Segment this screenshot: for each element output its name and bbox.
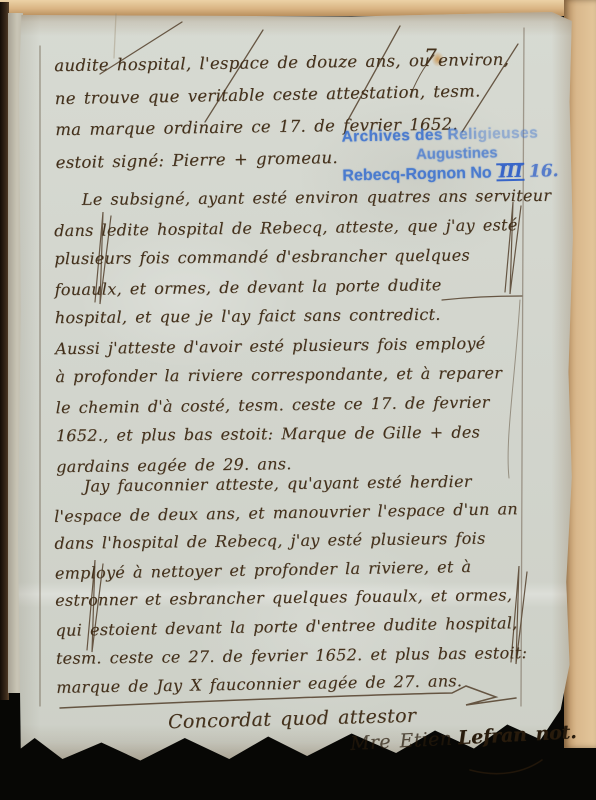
text-line: le chemin d'à costé, tesm. ceste ce 17. … [55,386,553,422]
archive-stamp: Archives des Religieuses Augustines Rebe… [341,123,592,185]
stamp-handwritten-number: 16. [529,161,559,182]
signature-prefix: Mre Etien [350,728,453,755]
text-block-attestation-1: Le subsigné, ayant esté environ quatres … [54,181,554,480]
text-line: plusieurs fois commandé d'esbrancher que… [54,240,552,274]
text-line: dans ledite hospital de Rebecq, atteste,… [54,209,552,245]
text-block-attestation-2: Jay fauconnier atteste, qu'ayant esté he… [54,467,528,701]
text-line: Le subsigné, ayant esté environ quatres … [54,181,552,215]
text-line: hospital, et que je l'ay faict sans cont… [55,299,553,333]
text-line: à profonder la riviere correspondante, e… [55,358,553,392]
text-line: 1652., et plus bas estoit: Marque de Gil… [56,417,554,451]
manuscript-photo: 7. audite hospital, l'espace de douze an… [0,0,596,800]
text-line: fouaulx, et ormes, de devant la porte du… [54,268,552,304]
stamp-handwritten-roman-numeral: III [497,163,525,182]
text-line: Aussi j'atteste d'avoir esté plusieurs f… [55,327,553,363]
signature-underline-flourish [470,760,542,774]
